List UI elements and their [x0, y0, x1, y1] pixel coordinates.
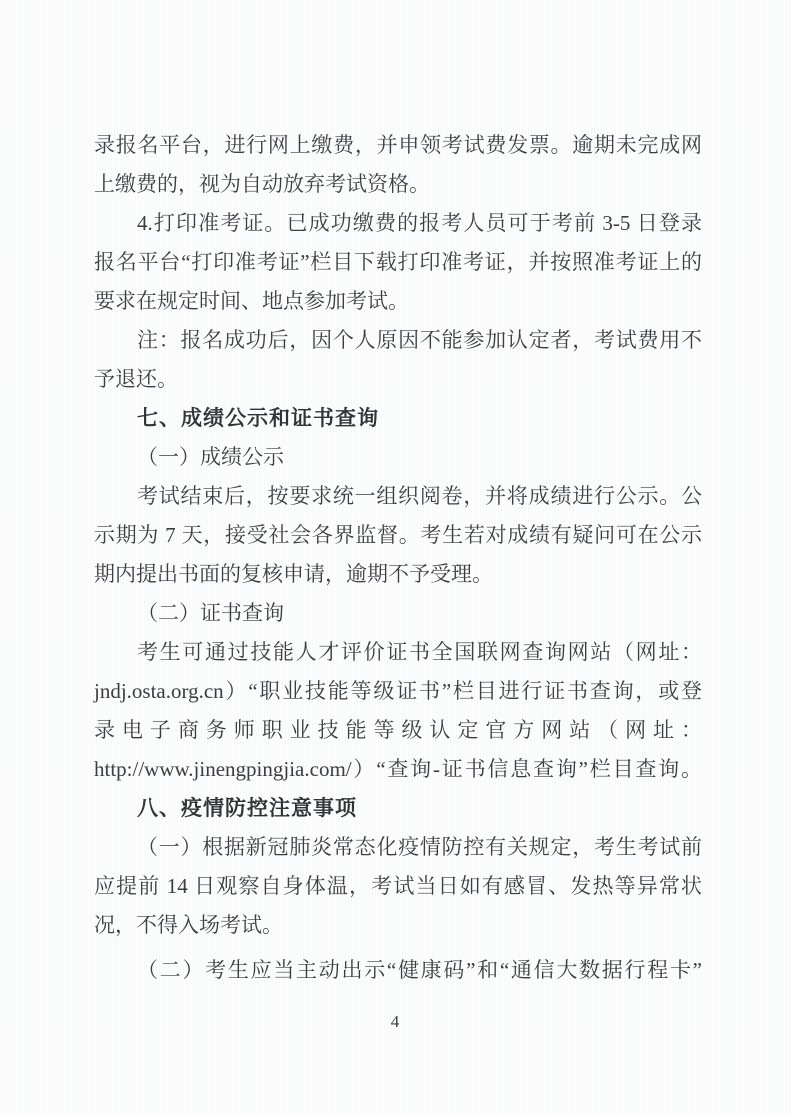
doc-line: 上缴费的，视为自动放弃考试资格。 [94, 165, 702, 204]
page-number: 4 [0, 1012, 790, 1032]
doc-line-note: 予退还。 [94, 360, 702, 399]
doc-line: 期内提出书面的复核申请，逾期不予受理。 [94, 555, 702, 594]
section-heading-8: 八、疫情防控注意事项 [94, 789, 702, 828]
doc-line: 应提前 14 日观察自身体温，考试当日如有感冒、发热等异常状 [94, 867, 702, 906]
doc-line: 示期为 7 天，接受社会各界监督。考生若对成绩有疑问可在公示 [94, 516, 702, 555]
doc-line-url: http://www.jinengpingjia.com/）“查询-证书信息查询… [94, 750, 702, 789]
doc-line: 录报名平台，进行网上缴费，并申领考试费发票。逾期未完成网 [94, 126, 702, 165]
doc-line: 录电子商务师职业技能等级认定官方网站（网址： [94, 711, 702, 750]
subsection-heading: （一）成绩公示 [94, 438, 702, 477]
document-body: 录报名平台，进行网上缴费，并申领考试费发票。逾期未完成网 上缴费的，视为自动放弃… [94, 126, 702, 990]
subsection-heading: （二）证书查询 [94, 594, 702, 633]
doc-line: （二）考生应当主动出示“健康码”和“通信大数据行程卡” [94, 951, 702, 990]
doc-line: 报名平台“打印准考证”栏目下载打印准考证，并按照准考证上的 [94, 243, 702, 282]
document-page: 录报名平台，进行网上缴费，并申领考试费发票。逾期未完成网 上缴费的，视为自动放弃… [0, 0, 790, 1115]
doc-line: 考生可通过技能人才评价证书全国联网查询网站（网址： [94, 633, 702, 672]
doc-line: 考试结束后，按要求统一组织阅卷，并将成绩进行公示。公 [94, 477, 702, 516]
doc-line: 4.打印准考证。已成功缴费的报考人员可于考前 3-5 日登录 [94, 204, 702, 243]
section-heading-7: 七、成绩公示和证书查询 [94, 399, 702, 438]
doc-line-note: 注：报名成功后，因个人原因不能参加认定者，考试费用不 [94, 321, 702, 360]
doc-line: （一）根据新冠肺炎常态化疫情防控有关规定，考生考试前 [94, 828, 702, 867]
doc-line-url: jndj.osta.org.cn）“职业技能等级证书”栏目进行证书查询，或登 [94, 672, 702, 711]
doc-line: 要求在规定时间、地点参加考试。 [94, 282, 702, 321]
doc-line: 况，不得入场考试。 [94, 906, 702, 945]
